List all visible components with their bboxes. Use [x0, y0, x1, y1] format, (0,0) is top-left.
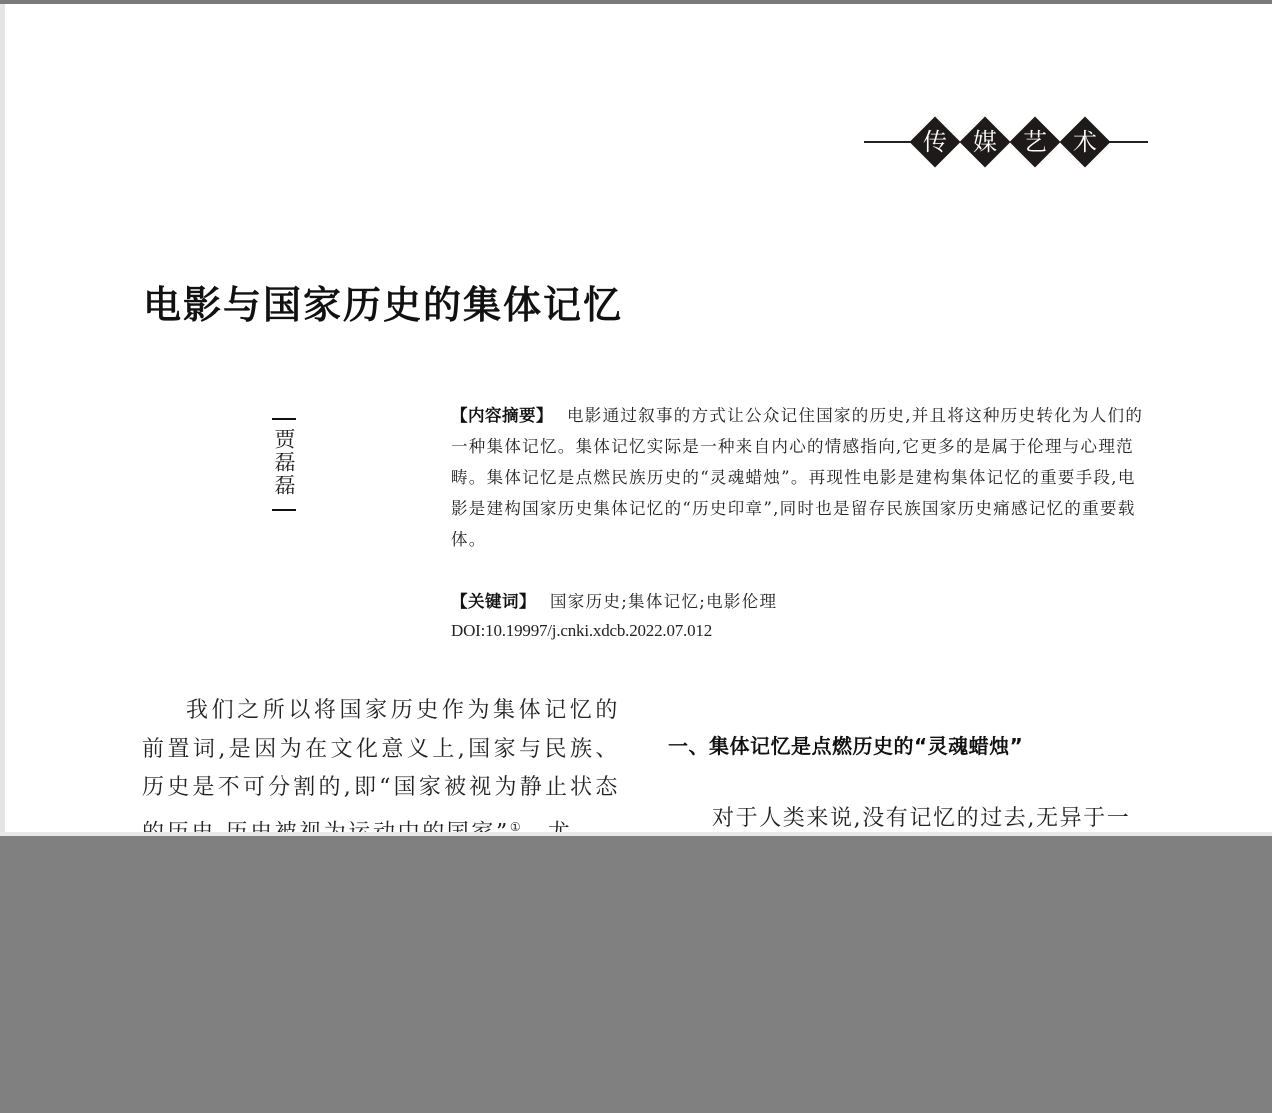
- author-name: 贾磊磊: [272, 428, 296, 497]
- keywords-label: 【关键词】: [451, 592, 536, 611]
- author-block: 贾磊磊: [272, 418, 296, 511]
- section-banner: 传 媒 艺 术: [864, 116, 1148, 168]
- page-left-edge: [0, 4, 5, 836]
- body-column-left: 我们之所以将国家历史作为集体记忆的前置词,是因为在文化意义上,国家与民族、历史是…: [142, 692, 620, 836]
- banner-char: 传: [910, 116, 960, 168]
- abstract-label: 【内容摘要】: [451, 406, 553, 425]
- body-column-right: 对于人类来说,没有记忆的过去,无异于一: [668, 800, 1148, 836]
- abstract: 【内容摘要】电影通过叙事的方式让公众记住国家的历史,并且将这种历史转化为人们的一…: [451, 400, 1151, 555]
- body-paragraph: 对于人类来说,没有记忆的过去,无异于一: [668, 800, 1148, 836]
- banner-char: 媒: [960, 116, 1010, 168]
- keywords-text: 国家历史;集体记忆;电影伦理: [550, 592, 777, 611]
- author-rule-bottom: [272, 509, 296, 511]
- banner-char: 术: [1060, 116, 1110, 168]
- banner-char: 艺: [1010, 116, 1060, 168]
- banner-diamond: 传: [910, 116, 960, 168]
- banner-diamond: 术: [1060, 116, 1110, 168]
- article-title: 电影与国家历史的集体记忆: [143, 274, 623, 329]
- author-rule-top: [272, 418, 296, 420]
- abstract-text: 电影通过叙事的方式让公众记住国家的历史,并且将这种历史转化为人们的一种集体记忆。…: [451, 406, 1143, 549]
- section-heading: 一、集体记忆是点燃历史的“灵魂蜡烛”: [668, 730, 1023, 759]
- keywords: 【关键词】国家历史;集体记忆;电影伦理: [451, 588, 777, 616]
- banner-diamond: 媒: [960, 116, 1010, 168]
- doi: DOI:10.19997/j.cnki.xdcb.2022.07.012: [451, 621, 712, 641]
- body-text: 我们之所以将国家历史作为集体记忆的前置词,是因为在文化意义上,国家与民族、历史是…: [142, 698, 620, 836]
- banner-diamond: 艺: [1010, 116, 1060, 168]
- document-page: 传 媒 艺 术 电影与国家历史的集体记忆 贾磊磊 【内容摘要】电影通过叙事的方式…: [0, 4, 1272, 836]
- body-paragraph: 我们之所以将国家历史作为集体记忆的前置词,是因为在文化意义上,国家与民族、历史是…: [142, 692, 620, 836]
- page-bottom-edge: [0, 832, 1272, 836]
